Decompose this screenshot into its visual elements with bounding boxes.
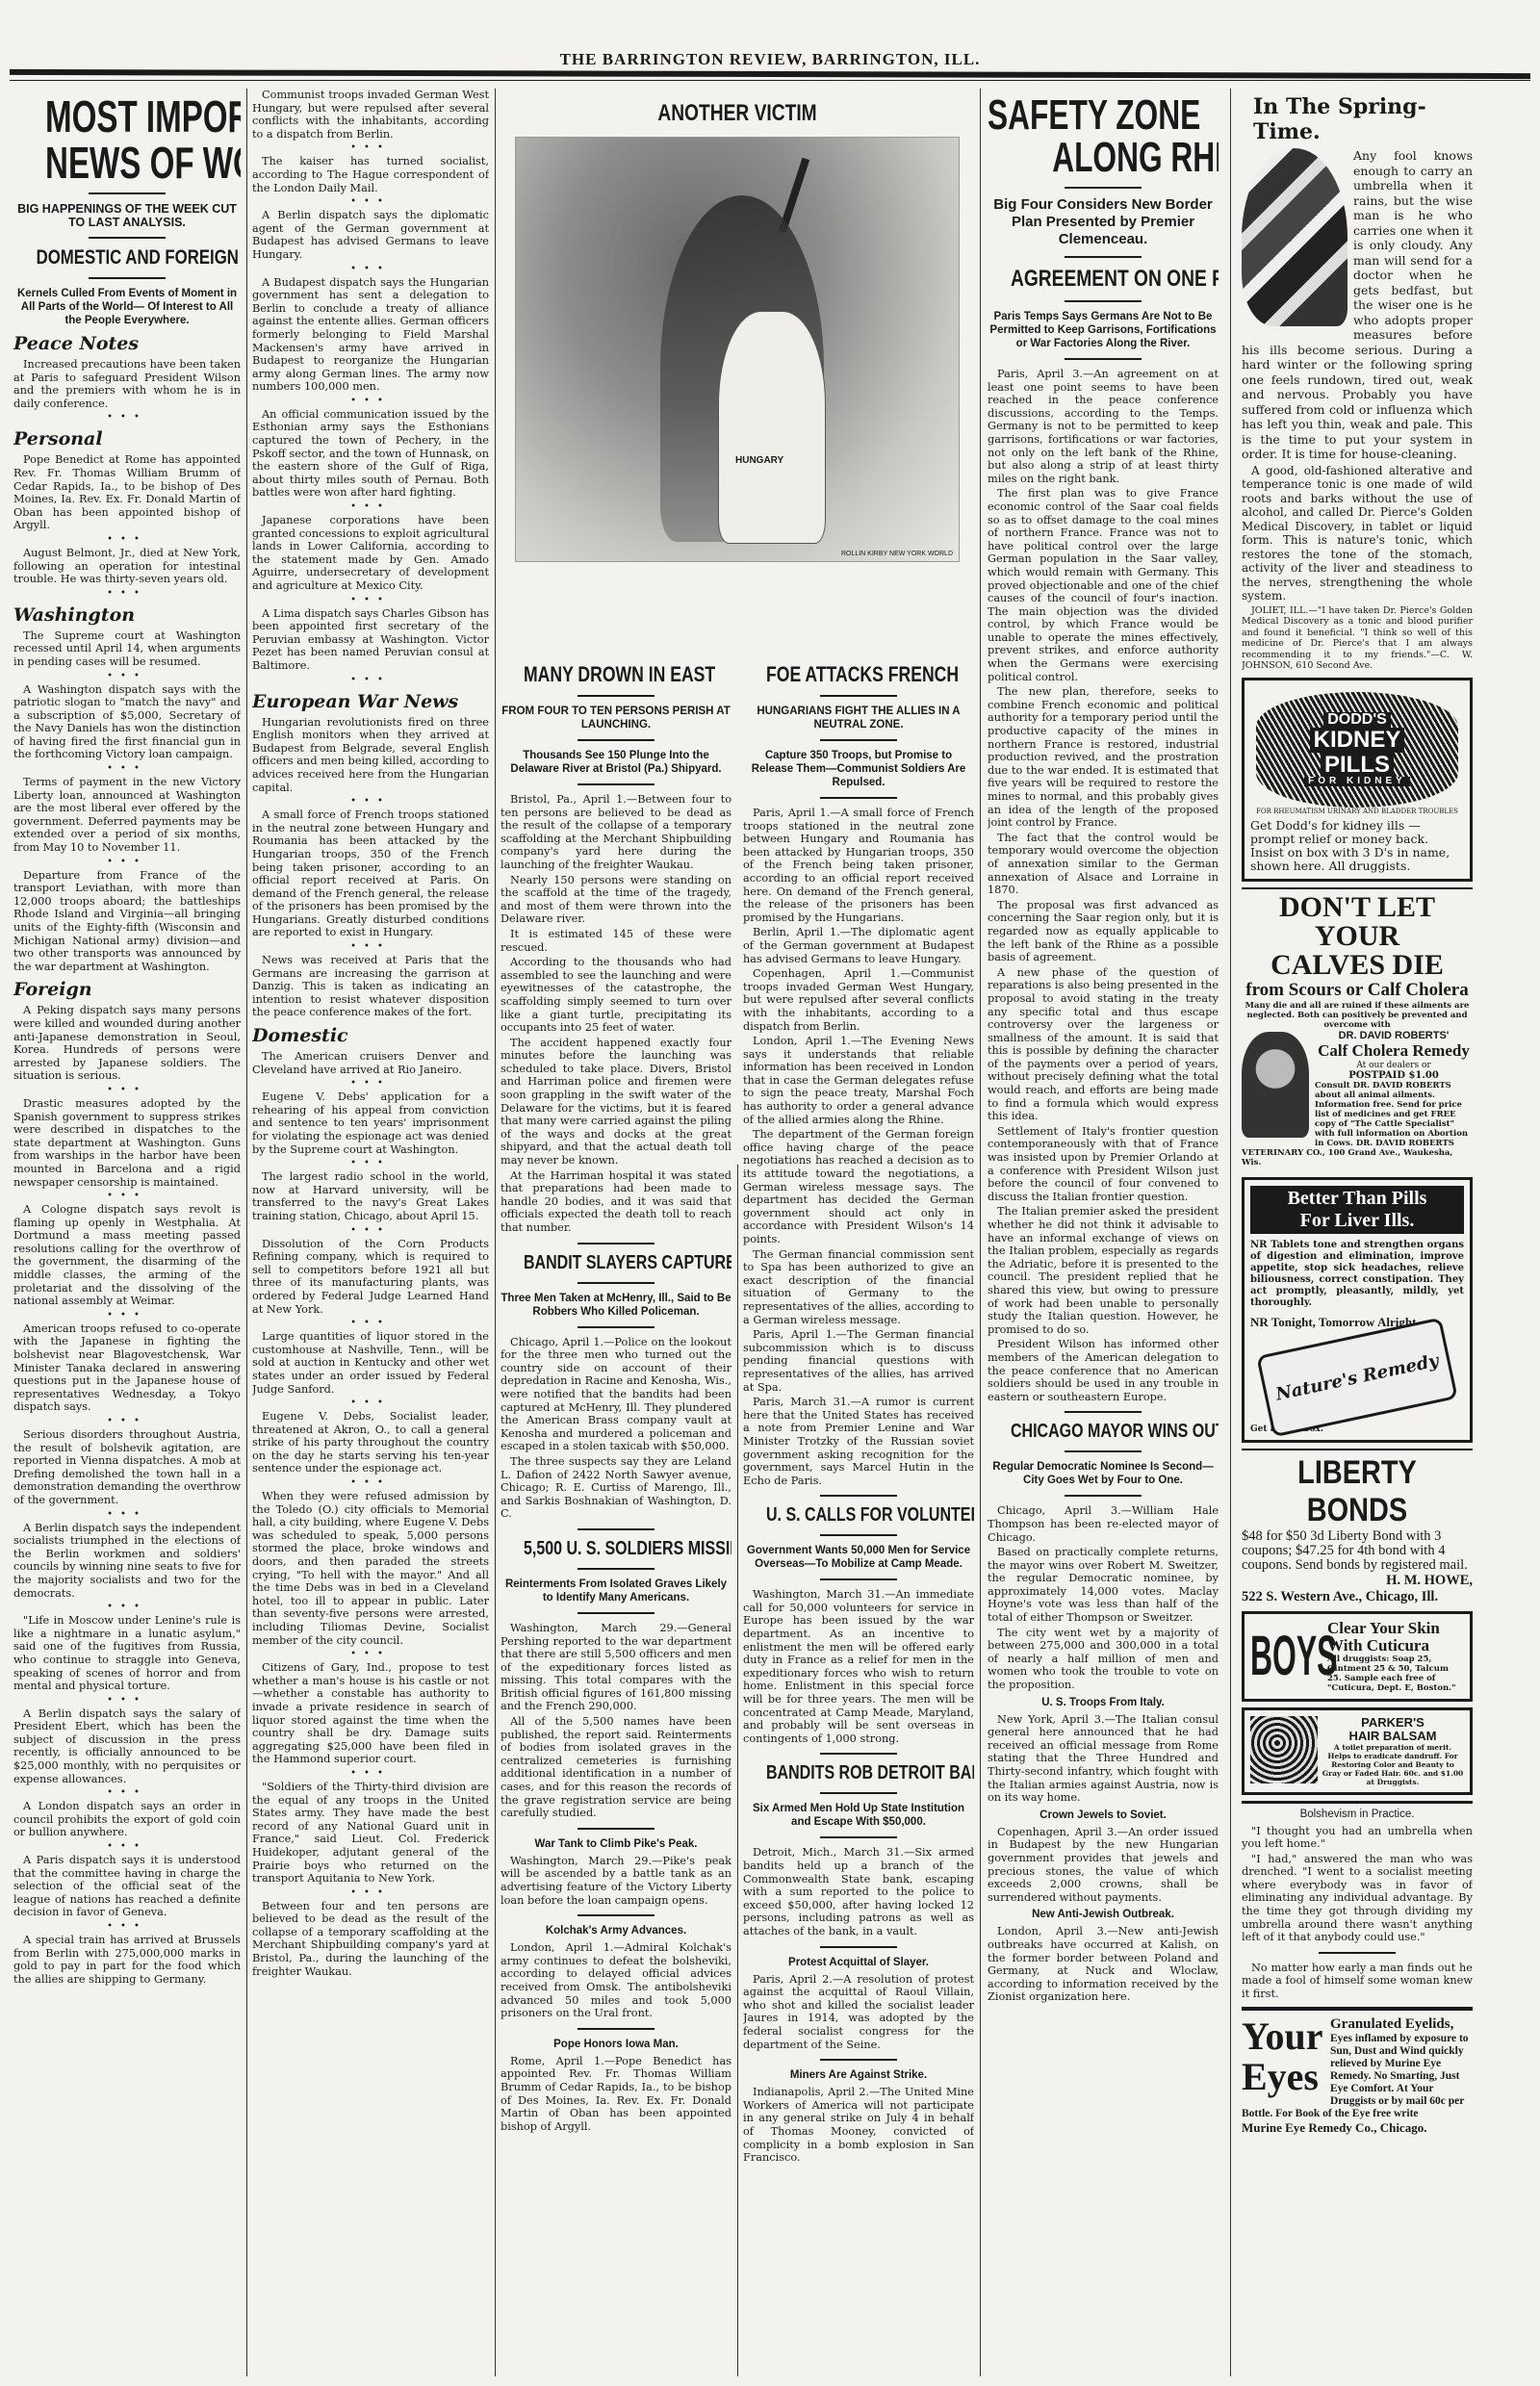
masthead: THE BARRINGTON REVIEW, BARRINGTON, ILL. xyxy=(0,0,1540,87)
masthead-rule-thin xyxy=(10,80,1530,81)
article-paragraph: The fact that the control would be tempo… xyxy=(988,832,1219,897)
separator-dots: ••• xyxy=(13,1602,241,1612)
ad-headline: Clear Your Skin With Cuticura xyxy=(1327,1620,1464,1655)
column-news-of-world: MOST IMPORTANT NEWS OF WORLD BIG HAPPENI… xyxy=(13,89,241,2376)
separator-dots: ••• xyxy=(252,796,489,807)
article-paragraph: A London dispatch says an order in counc… xyxy=(13,1800,241,1839)
rule xyxy=(577,1528,654,1530)
deck-domestic-foreign: DOMESTIC AND FOREIGN ITEMS xyxy=(37,246,218,269)
masthead-rule-thick xyxy=(10,69,1530,79)
article-paragraph: "I had," answered the man who was drench… xyxy=(1242,1853,1473,1944)
separator-dots: ••• xyxy=(13,1695,241,1706)
article-paragraph: Based on practically complete returns, t… xyxy=(988,1546,1219,1625)
article-paragraph: A Berlin dispatch says the diplomatic ag… xyxy=(252,209,489,261)
article-paragraph: A new phase of the question of reparatio… xyxy=(988,966,1219,1123)
separator-dots: ••• xyxy=(252,142,489,153)
headline-safety-zone: SAFETY ZONE xyxy=(988,94,1154,137)
article-paragraph: The Supreme court at Washington recessed… xyxy=(13,629,241,669)
article-paragraph: The accident happened exactly four minut… xyxy=(500,1037,731,1167)
ad-headline: LIBERTY BONDS xyxy=(1259,1454,1455,1529)
column-divider xyxy=(980,89,981,2376)
column-advertisements: In The Spring-Time. Any fool knows enoug… xyxy=(1242,89,1473,2376)
rule xyxy=(89,192,166,194)
rule xyxy=(89,277,166,279)
article-paragraph: Paris, April 1.—A small force of French … xyxy=(743,807,974,924)
separator-dots: ••• xyxy=(252,595,489,605)
article-paragraph: Rome, April 1.—Pope Benedict has appoint… xyxy=(500,2055,731,2134)
headline-foe-attacks-french: FOE ATTACKS FRENCH xyxy=(766,662,951,687)
article-paragraph: "Soldiers of the Thirty-third division a… xyxy=(252,1781,489,1886)
headline-most-important: MOST IMPORTANT xyxy=(45,94,209,139)
ad-brand: DODD'S xyxy=(1323,712,1391,729)
column-divider xyxy=(495,89,496,2376)
cartoon-title: ANOTHER VICTIM xyxy=(548,100,927,127)
rule xyxy=(577,739,654,741)
ad-address: 522 S. Western Ave., Chicago, Ill. xyxy=(1242,1589,1473,1605)
umbrella-illustration-icon xyxy=(1242,148,1347,326)
article-paragraph: Detroit, Mich., March 31.—Six armed band… xyxy=(743,1846,974,1937)
article-paragraph: Copenhagen, April 3.—An order issued in … xyxy=(988,1826,1219,1905)
deck: Six Armed Men Hold Up State Institution … xyxy=(743,1802,974,1829)
column-divider xyxy=(737,1165,738,2376)
article-paragraph: A Cologne dispatch says revolt is flamin… xyxy=(13,1203,241,1308)
article-paragraph: Between four and ten persons are believe… xyxy=(252,1900,489,1979)
article-paragraph: Washington, March 29.—General Pershing r… xyxy=(500,1622,731,1713)
separator-dots: ••• xyxy=(13,763,241,774)
pill-box-illustration-icon: DODD'S KIDNEY PILLS FOR KIDNEY xyxy=(1256,692,1458,808)
ad-subhead: from Scours or Calf Cholera xyxy=(1242,980,1473,1001)
ad-product: KIDNEY xyxy=(1310,728,1405,752)
headline-news-of-world: NEWS OF WORLD xyxy=(45,141,209,185)
ad-box-text: FOR RHEUMATISM URINARY AND BLADDER TROUB… xyxy=(1250,808,1464,815)
article-paragraph: Chicago, April 1.—Police on the lookout … xyxy=(500,1336,731,1453)
rule xyxy=(577,1326,654,1328)
separator-dots: ••• xyxy=(13,1085,241,1095)
deck: Capture 350 Troops, but Promise to Relea… xyxy=(743,749,974,789)
article-paragraph: A small force of French troops stationed… xyxy=(252,808,489,939)
separator-dots: ••• xyxy=(13,588,241,599)
separator-dots: ••• xyxy=(13,1787,241,1798)
rule xyxy=(820,797,897,799)
doctor-portrait-icon xyxy=(1242,1032,1309,1138)
article-paragraph: Large quantities of liquor stored in the… xyxy=(252,1330,489,1396)
ad-copy: Get Dodd's for kidney ills —prompt relie… xyxy=(1250,819,1464,873)
article-paragraph: Paris, April 3.—An agreement on at least… xyxy=(988,368,1219,485)
rule xyxy=(820,2059,897,2061)
article-paragraph: A Paris dispatch says it is understood t… xyxy=(13,1854,241,1919)
ad-murine-eye-remedy: Your Eyes Granulated Eyelids, Eyes infla… xyxy=(1242,2016,1473,2136)
column-divider xyxy=(1230,89,1231,2376)
article-paragraph: "I thought you had an umbrella when you … xyxy=(1242,1825,1473,1851)
headline-volunteers: U. S. CALLS FOR VOLUNTEERS xyxy=(766,1504,951,1527)
article-paragraph: Bristol, Pa., April 1.—Between four to t… xyxy=(500,793,731,872)
section-title-foreign: Foreign xyxy=(13,979,241,1000)
article-paragraph: New York, April 3.—The Italian consul ge… xyxy=(988,1713,1219,1805)
rule xyxy=(1065,1450,1142,1452)
article-paragraph: Settlement of Italy's frontier question … xyxy=(988,1125,1219,1204)
article-paragraph: A special train has arrived at Brussels … xyxy=(13,1934,241,1986)
article-paragraph: Paris, April 2.—A resolution of protest … xyxy=(743,1973,974,2052)
column-divider xyxy=(246,89,247,2376)
deck: Regular Democratic Nominee Is Second—Cit… xyxy=(988,1460,1219,1487)
section-title-european-war-news: European War News xyxy=(252,691,489,712)
separator-dots: ••• xyxy=(13,412,241,423)
rule xyxy=(1065,1495,1142,1497)
separator-dots: ••• xyxy=(252,941,489,952)
article-paragraph: Drastic measures adopted by the Spanish … xyxy=(13,1097,241,1189)
deck-kernels: Kernels Culled From Events of Moment in … xyxy=(13,287,241,327)
ad-big-word: Your xyxy=(1242,2016,1330,2057)
ad-body: A good, old-fashioned alterative and tem… xyxy=(1242,464,1473,603)
ad-body: All druggists: Soap 25, Ointment 25 & 50… xyxy=(1327,1655,1464,1693)
rule xyxy=(1242,2007,1473,2011)
subhead-bolshevism: Bolshevism in Practice. xyxy=(1242,1808,1473,1821)
article-paragraph: Chicago, April 3.—William Hale Thompson … xyxy=(988,1504,1219,1544)
article-paragraph: A Lima dispatch says Charles Gibson has … xyxy=(252,607,489,673)
rule xyxy=(577,1282,654,1284)
article-paragraph: The kaiser has turned socialist, accordi… xyxy=(252,155,489,194)
separator-dots: ••• xyxy=(13,857,241,867)
article-paragraph: The first plan was to give France econom… xyxy=(988,487,1219,683)
article-paragraph: It is estimated 145 of these were rescue… xyxy=(500,928,731,954)
rule xyxy=(577,1914,654,1916)
ad-advertiser: H. M. HOWE, xyxy=(1242,1573,1473,1589)
tin-label: Nature's Remedy xyxy=(1274,1349,1441,1403)
rule xyxy=(1065,300,1142,302)
separator-dots: ••• xyxy=(13,1191,241,1201)
article-paragraph: Japanese corporations have been granted … xyxy=(252,514,489,593)
article-paragraph: News was received at Paris that the Germ… xyxy=(252,954,489,1019)
column-continued-news: Communist troops invaded German West Hun… xyxy=(252,89,489,2376)
ad-title: In The Spring-Time. xyxy=(1253,94,1473,144)
newspaper-title: THE BARRINGTON REVIEW, BARRINGTON, ILL. xyxy=(0,50,1540,69)
deck: Reinterments From Isolated Graves Likely… xyxy=(500,1578,731,1604)
article-paragraph: The three suspects say they are Leland L… xyxy=(500,1455,731,1521)
article-paragraph: The American cruisers Denver and Clevela… xyxy=(252,1050,489,1076)
ad-intro: Many die and all are ruined if these ail… xyxy=(1242,1001,1473,1030)
deck: HUNGARIANS FIGHT THE ALLIES IN A NEUTRAL… xyxy=(743,705,974,731)
article-paragraph: Dissolution of the Corn Products Refinin… xyxy=(252,1238,489,1317)
separator-dots: ••• xyxy=(13,1310,241,1321)
ad-footer: Murine Eye Remedy Co., Chicago. xyxy=(1242,2120,1473,2136)
rule xyxy=(820,1578,897,1580)
article-paragraph: Departure from France of the transport L… xyxy=(13,869,241,974)
article-paragraph: The city went wet by a majority of betwe… xyxy=(988,1627,1219,1692)
ad-big-word: Eyes xyxy=(1242,2057,1330,2097)
deck-big-happenings: BIG HAPPENINGS OF THE WEEK CUT TO LAST A… xyxy=(13,202,241,229)
ad-cuticura: BOYS Clear Your Skin With Cuticura All d… xyxy=(1242,1611,1473,1702)
ad-body: NR Tablets tone and strengthen organs of… xyxy=(1250,1240,1464,1309)
subhead-tank: War Tank to Climb Pike's Peak. xyxy=(500,1837,731,1851)
rule xyxy=(577,695,654,697)
subhead-acquittal: Protest Acquittal of Slayer. xyxy=(743,1956,974,1969)
ad-band-text: FOR KIDNEY xyxy=(1304,777,1410,787)
article-paragraph: A Budapest dispatch says the Hungarian g… xyxy=(252,276,489,394)
rule xyxy=(820,1792,897,1794)
ad-parkers-hair-balsam: PARKER'S HAIR BALSAM A toilet preparatio… xyxy=(1242,1707,1473,1795)
article-paragraph: Pope Benedict at Rome has appointed Rev.… xyxy=(13,453,241,532)
separator-dots: ••• xyxy=(252,1078,489,1089)
article-paragraph: American troops refused to co-operate wi… xyxy=(13,1322,241,1414)
article-paragraph: Paris, March 31.—A rumor is current here… xyxy=(743,1396,974,1487)
article-paragraph: Serious disorders throughout Austria, th… xyxy=(13,1428,241,1507)
article-paragraph: The largest radio school in the world, n… xyxy=(252,1170,489,1222)
rule xyxy=(1242,1801,1473,1804)
article-paragraph: According to the thousands who had assem… xyxy=(500,956,731,1035)
ad-spring-time: In The Spring-Time. Any fool knows enoug… xyxy=(1242,94,1473,672)
rule xyxy=(820,1495,897,1497)
headline-along-rhine: ALONG RHINE xyxy=(1052,137,1219,179)
rule xyxy=(1065,1411,1142,1413)
deck: Paris Temps Says Germans Are Not to Be P… xyxy=(988,310,1219,350)
ad-headline-banner: Better Than Pills For Liver Ills. xyxy=(1250,1186,1464,1234)
deck: FROM FOUR TO TEN PERSONS PERISH AT LAUNC… xyxy=(500,705,731,731)
subhead-pope: Pope Honors Iowa Man. xyxy=(500,2038,731,2051)
article-paragraph: Eugene V. Debs' application for a rehear… xyxy=(252,1090,489,1156)
article-paragraph: Citizens of Gary, Ind., propose to test … xyxy=(252,1661,489,1766)
cartoon-credit: ROLLIN KIRBY NEW YORK WORLD xyxy=(841,551,953,557)
subhead-italy: U. S. Troops From Italy. xyxy=(988,1696,1219,1709)
separator-dots: ••• xyxy=(252,1768,489,1779)
rule xyxy=(1065,187,1142,189)
article-paragraph: Eugene V. Debs, Socialist leader, threat… xyxy=(252,1410,489,1475)
separator-dots: ••• xyxy=(13,534,241,545)
subhead-outbreak: New Anti-Jewish Outbreak. xyxy=(988,1908,1219,1921)
separator-dots: ••• xyxy=(13,1509,241,1520)
article-paragraph: London, April 3.—New anti-Jewish outbrea… xyxy=(988,1925,1219,2004)
section-title-washington: Washington xyxy=(13,604,241,626)
rule xyxy=(577,1612,654,1614)
separator-dots: ••• xyxy=(252,196,489,207)
subhead-jewels: Crown Jewels to Soviet. xyxy=(988,1809,1219,1822)
cartoon-illustration: HUNGARY ROLLIN KIRBY NEW YORK WORLD xyxy=(515,137,960,562)
rule xyxy=(89,237,166,239)
section-title-domestic: Domestic xyxy=(252,1025,489,1046)
article-paragraph: The proposal was first advanced as conce… xyxy=(988,899,1219,964)
section-title-peace-notes: Peace Notes xyxy=(13,333,241,354)
separator-dots: ••• xyxy=(252,1477,489,1488)
headline-bandits-rob-bank: BANDITS ROB DETROIT BANK xyxy=(766,1762,951,1784)
rule xyxy=(577,783,654,785)
section-title-personal: Personal xyxy=(13,428,241,449)
ad-liberty-bonds: LIBERTY BONDS $48 for $50 3d Liberty Bon… xyxy=(1242,1449,1473,1605)
separator-dots: ••• xyxy=(13,1921,241,1932)
headline-many-drown: MANY DROWN IN EAST xyxy=(524,662,708,687)
rule xyxy=(577,1828,654,1830)
rule xyxy=(577,2028,654,2030)
separator-dots: ••• xyxy=(252,264,489,274)
ad-better-than-pills: Better Than Pills For Liver Ills. NR Tab… xyxy=(1242,1177,1473,1443)
rule xyxy=(820,1946,897,1948)
rule xyxy=(820,1753,897,1755)
article-paragraph: The department of the German foreign off… xyxy=(743,1128,974,1245)
ad-calves-die: DON'T LET YOUR CALVES DIE from Scours or… xyxy=(1242,887,1473,1167)
rule xyxy=(1065,358,1142,360)
article-paragraph: When they were refused admission by the … xyxy=(252,1490,489,1647)
separator-dots: ••• xyxy=(252,1225,489,1236)
ad-big-word: BOYS xyxy=(1250,1629,1293,1684)
article-paragraph: The new plan, therefore, seeks to combin… xyxy=(988,685,1219,830)
article-paragraph: Washington, March 29.—Pike's peak will b… xyxy=(500,1855,731,1907)
column-safety-zone: SAFETY ZONE ALONG RHINE Big Four Conside… xyxy=(988,89,1219,2376)
headline-bandit-slayers: BANDIT SLAYERS CAPTURED xyxy=(524,1252,708,1274)
separator-dots: ••• xyxy=(13,671,241,681)
separator-dots: ••• xyxy=(252,1158,489,1168)
article-paragraph: An official communication issued by the … xyxy=(252,408,489,500)
ad-testimonial: JOLIET, ILL.—"I have taken Dr. Pierce's … xyxy=(1242,605,1473,672)
separator-dots: ••• xyxy=(252,1887,489,1898)
article-paragraph: London, April 1.—Admiral Kolchak's army … xyxy=(500,1941,731,2020)
rule xyxy=(820,1534,897,1536)
article-paragraph: President Wilson has informed other memb… xyxy=(988,1338,1219,1403)
deck: Big Four Considers New Border Plan Prese… xyxy=(988,196,1219,248)
article-paragraph: A Washington dispatch says with the patr… xyxy=(13,683,241,762)
cartoon-label: HUNGARY xyxy=(735,455,783,466)
article-paragraph: A Berlin dispatch says the salary of Pre… xyxy=(13,1707,241,1786)
subhead-kolchak: Kolchak's Army Advances. xyxy=(500,1924,731,1937)
separator-dots: ••• xyxy=(13,1841,241,1852)
tin-illustration-icon: Nature's Remedy xyxy=(1256,1317,1458,1437)
column-many-drown: MANY DROWN IN EAST FROM FOUR TO TEN PERS… xyxy=(500,618,731,2376)
rule xyxy=(820,739,897,741)
rule xyxy=(1065,256,1142,258)
ad-headline: CALVES DIE xyxy=(1242,951,1473,980)
article-paragraph: A Berlin dispatch says the independent s… xyxy=(13,1522,241,1601)
article-paragraph: The Italian premier asked the president … xyxy=(988,1205,1219,1336)
rule xyxy=(820,1836,897,1838)
article-paragraph: Communist troops invaded German West Hun… xyxy=(252,89,489,141)
headline-chicago-mayor: CHICAGO MAYOR WINS OUT xyxy=(1011,1421,1195,1443)
article-paragraph: Terms of payment in the new Victory Libe… xyxy=(13,776,241,855)
ad-dodds-kidney-pills: DODD'S KIDNEY PILLS FOR KIDNEY FOR RHEUM… xyxy=(1242,678,1473,882)
headline-agreement-one-point: AGREEMENT ON ONE POINT xyxy=(1011,266,1195,293)
article-paragraph: Nearly 150 persons were standing on the … xyxy=(500,874,731,926)
column-foe-attacks: FOE ATTACKS FRENCH HUNGARIANS FIGHT THE … xyxy=(743,618,974,2376)
deck: Government Wants 50,000 Men for Service … xyxy=(743,1544,974,1571)
separator-dots: ••• xyxy=(252,1398,489,1408)
rule xyxy=(577,1243,654,1244)
article-paragraph: Increased precautions have been taken at… xyxy=(13,358,241,410)
deck: Thousands See 150 Plunge Into the Delawa… xyxy=(500,749,731,776)
article-paragraph: Indianapolis, April 2.—The United Mine W… xyxy=(743,2086,974,2165)
rule xyxy=(1319,1952,1396,1954)
article-paragraph: All of the 5,500 names have been publish… xyxy=(500,1715,731,1820)
article-paragraph: At the Harriman hospital it was stated t… xyxy=(500,1169,731,1235)
filler-paragraph: No matter how early a man finds out he m… xyxy=(1242,1962,1473,2001)
article-paragraph: London, April 1.—The Evening News says i… xyxy=(743,1035,974,1126)
article-paragraph: Copenhagen, April 1.—Communist troops in… xyxy=(743,967,974,1033)
article-paragraph: August Belmont, Jr., died at New York, f… xyxy=(13,547,241,586)
ad-body: $48 for $50 3d Liberty Bond with 3 coupo… xyxy=(1242,1529,1473,1573)
separator-dots: ••• xyxy=(252,501,489,512)
separator-dots: ••• xyxy=(252,1318,489,1328)
ad-product: PILLS xyxy=(1321,753,1394,777)
rule xyxy=(577,1568,654,1570)
article-paragraph: Berlin, April 1.—The diplomatic agent of… xyxy=(743,926,974,965)
ad-headline: DON'T LET YOUR xyxy=(1242,893,1473,951)
rule xyxy=(820,695,897,697)
deck: Three Men Taken at McHenry, Ill., Said t… xyxy=(500,1292,731,1319)
separator-dots: ••• xyxy=(252,675,489,685)
woman-portrait-icon xyxy=(1250,1716,1318,1783)
article-paragraph: Washington, March 31.—An immediate call … xyxy=(743,1588,974,1745)
separator-dots: ••• xyxy=(13,1416,241,1426)
subhead-miners: Miners Are Against Strike. xyxy=(743,2068,974,2082)
article-paragraph: "Life in Moscow under Lenine's rule is l… xyxy=(13,1614,241,1693)
ad-headline: Better Than Pills xyxy=(1252,1188,1462,1210)
ad-headline: For Liver Ills. xyxy=(1252,1210,1462,1232)
separator-dots: ••• xyxy=(252,1649,489,1659)
article-paragraph: Paris, April 1.—The German financial sub… xyxy=(743,1328,974,1394)
separator-dots: ••• xyxy=(252,396,489,406)
article-paragraph: A Peking dispatch says many persons were… xyxy=(13,1004,241,1083)
cartoon-figure-victim xyxy=(718,311,826,544)
headline-soldiers-missing: 5,500 U. S. SOLDIERS MISSING xyxy=(524,1538,708,1560)
article-paragraph: The German financial commission sent to … xyxy=(743,1248,974,1327)
article-paragraph: Hungarian revolutionists fired on three … xyxy=(252,716,489,795)
